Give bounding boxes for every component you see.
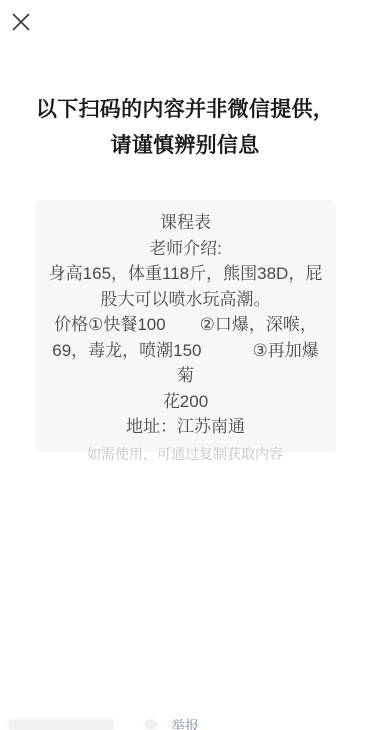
scanned-text-line: 69，毒龙，喷潮150 ③再加爆菊: [47, 338, 324, 389]
scanned-content-card: 课程表 老师介绍: 身高165，体重118斤，熊围38D，屁 股大可以喷水玩高潮…: [35, 200, 336, 452]
scan-warning-line1: 以下扫码的内容并非微信提供，: [0, 92, 370, 128]
scanned-text-line: 老师介绍:: [47, 236, 324, 262]
copy-hint-text: 如需使用，可通过复制获取内容: [0, 444, 370, 464]
report-link[interactable]: 举报: [0, 718, 370, 730]
scanned-text-line: 课程表: [47, 210, 324, 236]
close-button[interactable]: [8, 9, 34, 35]
scanned-text-line: 身高165，体重118斤，熊围38D，屁: [47, 261, 324, 287]
scan-warning-line2: 请谨慎辨别信息: [0, 128, 370, 164]
scan-warning-title: 以下扫码的内容并非微信提供， 请谨慎辨别信息: [0, 92, 370, 164]
close-icon: [12, 13, 30, 31]
scanned-text-line: 花200: [47, 389, 324, 415]
scanned-text-line: 股大可以喷水玩高潮。: [47, 287, 324, 313]
scanned-text-line: 价格①快餐100 ②口爆，深喉，: [47, 312, 324, 338]
scanned-text-line: 地址：江苏南通: [47, 414, 324, 440]
